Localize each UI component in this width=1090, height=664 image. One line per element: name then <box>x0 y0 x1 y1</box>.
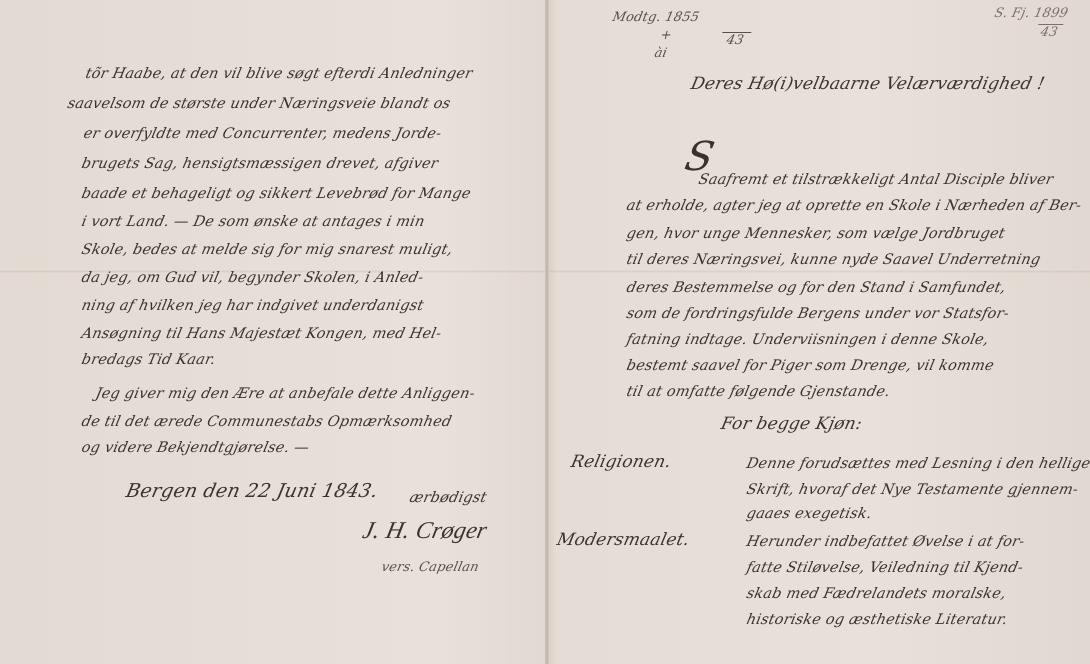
left-line-1: tõr Haabe, at den vil blive søgt efterdi… <box>84 66 474 82</box>
right-page: Modtg. 1855 43 + ài S. Fj. 1899 43 Deres… <box>549 0 1090 664</box>
section-heading: For begge Kjøn: <box>719 414 864 434</box>
subject-religion: Religionen. <box>569 452 673 472</box>
left-line-3: er overfyldte med Concurrenter, medens J… <box>82 126 443 142</box>
left-line-8: da jeg, om Gud vil, begynder Skolen, i A… <box>80 270 425 286</box>
right-line-1: Saafremt et tilstrækkeligt Antal Discipl… <box>697 172 1055 188</box>
margin-note-right: S. Fj. 1899 <box>993 6 1070 21</box>
modersmaal-line-4: historiske og æsthetiske Literatur. <box>745 612 1009 628</box>
left-line-2: saavelsom de største under Næringsveie b… <box>66 96 452 112</box>
right-line-5: deres Bestemmelse og for den Stand i Sam… <box>625 280 1007 296</box>
left-line-4: brugets Sag, hensigtsmæssigen drevet, af… <box>80 156 440 172</box>
right-line-9: til at omfatte følgende Gjenstande. <box>625 384 892 400</box>
right-line-6: som de fordringsfulde Bergens under vor … <box>625 306 1011 322</box>
left-line-12: Jeg giver mig den Ære at anbefale dette … <box>94 386 476 402</box>
left-line-6: i vort Land. — De som ønske at antages i… <box>80 214 426 230</box>
modersmaal-line-1: Herunder indbefattet Øvelse i at for- <box>745 534 1026 550</box>
modersmaal-line-3: skab med Fædrelandets moralske, <box>745 586 1008 602</box>
religion-line-2: Skrift, hvoraf det Nye Testamente gjenne… <box>745 482 1080 498</box>
right-line-2: at erholde, agter jeg at oprette en Skol… <box>625 198 1083 214</box>
margin-mark: + <box>659 28 673 43</box>
left-line-11: bredags Tid Kaar. <box>80 352 217 368</box>
left-line-9: ning af hvilken jeg har indgivet underda… <box>80 298 425 314</box>
left-page: tõr Haabe, at den vil blive søgt efterdi… <box>0 0 545 664</box>
margin-note-left: Modtg. 1855 <box>611 10 701 25</box>
right-line-8: bestemt saavel for Piger som Drenge, vil… <box>625 358 995 374</box>
manuscript-spread: tõr Haabe, at den vil blive søgt efterdi… <box>0 0 1090 664</box>
right-line-7: fatning indtage. Underviisningen i denne… <box>625 332 990 348</box>
left-line-7: Skole, bedes at melde sig for mig snares… <box>80 242 454 258</box>
religion-line-1: Denne forudsættes med Lesning i den hell… <box>745 456 1090 472</box>
left-line-10: Ansøgning til Hans Majestæt Kongen, med … <box>80 326 443 342</box>
modersmaal-line-2: fatte Stiløvelse, Veiledning til Kjend- <box>745 560 1025 576</box>
left-line-14: og videre Bekjendtgjørelse. — <box>80 440 311 456</box>
right-line-4: til deres Næringsvei, kunne nyde Saavel … <box>625 252 1042 268</box>
dateline: Bergen den 22 Juni 1843. <box>124 480 380 502</box>
religion-line-3: gaaes exegetisk. <box>745 506 873 522</box>
salutation: Deres Hø(i)velbaarne Velærværdighed ! <box>689 74 1047 94</box>
signature: J. H. Crøger <box>360 518 489 545</box>
signature-title: vers. Capellan <box>380 560 480 575</box>
left-line-13: de til det ærede Communestabs Opmærksomh… <box>80 414 453 430</box>
margin-note-small: ài <box>653 46 669 61</box>
closing: ærbødigst <box>408 490 488 506</box>
left-line-5: baade et behageligt og sikkert Levebrød … <box>80 186 472 202</box>
right-line-3: gen, hvor unge Mennesker, som vælge Jord… <box>625 226 1006 242</box>
margin-note-right-fraction: 43 <box>1035 24 1063 40</box>
subject-modersmaalet: Modersmaalet. <box>555 530 691 550</box>
margin-note-left-fraction: 43 <box>719 32 751 48</box>
